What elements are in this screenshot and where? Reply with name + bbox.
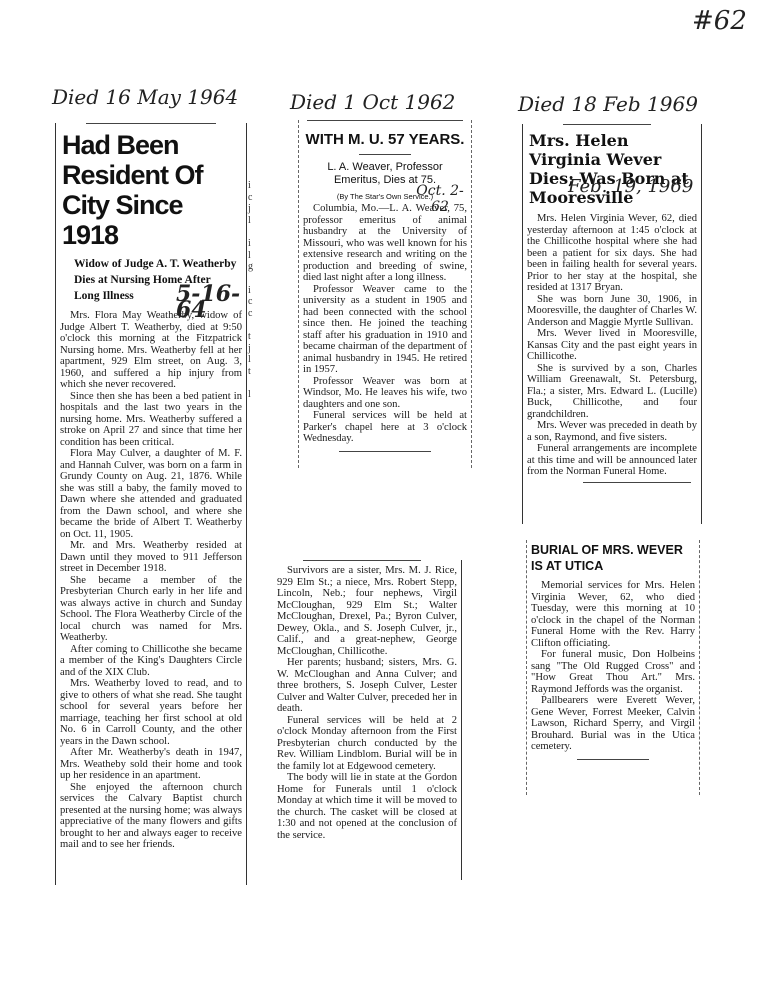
article-body: Memorial services for Mrs. Helen Virgini… bbox=[527, 578, 699, 753]
headline-rule bbox=[359, 154, 411, 155]
top-rule bbox=[303, 560, 421, 561]
paragraph: She is survived by a son, Charles Willia… bbox=[527, 363, 697, 421]
headline: WITH M. U. 57 YEARS. bbox=[299, 127, 471, 150]
fragment: i bbox=[248, 285, 258, 297]
article-body: Mrs. Flora May Weatherby, widow of Judge… bbox=[56, 306, 246, 851]
headline: Had Been Resident Of City Since 1918 bbox=[56, 128, 246, 250]
fragment: i bbox=[248, 238, 258, 250]
fragment: l bbox=[248, 389, 258, 401]
paragraph: She was born June 30, 1906, in Mooresvil… bbox=[527, 294, 697, 329]
paragraph: Flora May Culver, a daughter of M. F. an… bbox=[60, 448, 242, 540]
fragment: j bbox=[248, 203, 258, 215]
clipping-wever-burial: BURIAL OF MRS. WEVER IS AT UTICA Memoria… bbox=[526, 540, 700, 795]
handwritten-date-3: Died 18 Feb 1969 bbox=[518, 92, 698, 116]
paragraph: Mr. and Mrs. Weatherby resided at Dawn u… bbox=[60, 540, 242, 575]
paragraph: After Mr. Weatherby's death in 1947, Mrs… bbox=[60, 747, 242, 782]
paragraph: Memorial services for Mrs. Helen Virgini… bbox=[531, 580, 695, 649]
paragraph: Mrs. Wever lived in Mooresville, Kansas … bbox=[527, 328, 697, 363]
end-rule bbox=[577, 759, 649, 760]
paragraph: Her parents; husband; sisters, Mrs. G. W… bbox=[277, 657, 457, 715]
followup-headline: BURIAL OF MRS. WEVER IS AT UTICA bbox=[527, 540, 699, 578]
end-rule bbox=[339, 451, 431, 452]
paragraph: After coming to Chillicothe she became a… bbox=[60, 644, 242, 679]
handwritten-date-1: Died 16 May 1964 bbox=[52, 85, 238, 109]
paragraph: Mrs. Helen Virginia Wever, 62, died yest… bbox=[527, 213, 697, 294]
edge-fragments: i c j l i l g i c c t j l t l bbox=[248, 180, 258, 401]
headline: Mrs. Helen Virginia Wever Dies; Was Born… bbox=[523, 129, 701, 209]
clipping-weatherby-continuation: Survivors are a sister, Mrs. M. J. Rice,… bbox=[273, 560, 462, 880]
paragraph: She enjoyed the afternoon church service… bbox=[60, 782, 242, 851]
clipping-weatherby: Had Been Resident Of City Since 1918 Wid… bbox=[55, 123, 247, 885]
article-body: Mrs. Helen Virginia Wever, 62, died yest… bbox=[523, 209, 701, 478]
fragment: l bbox=[248, 215, 258, 227]
byline: (By The Star's Own Service.) Oct. 2-62 bbox=[299, 189, 471, 201]
handwritten-margin-date-3: Feb. 19, 1969 bbox=[568, 177, 693, 196]
paragraph: Professor Weaver came to the university … bbox=[303, 284, 467, 376]
subheadline: Widow of Judge A. T. Weatherby Dies at N… bbox=[56, 250, 246, 306]
handwritten-date-2: Died 1 Oct 1962 bbox=[290, 90, 455, 114]
paragraph: Mrs. Flora May Weatherby, widow of Judge… bbox=[60, 310, 242, 391]
fragment: c bbox=[248, 192, 258, 204]
page-number-note: #62 bbox=[692, 6, 747, 36]
fragment: t bbox=[248, 366, 258, 378]
fragment: g bbox=[248, 261, 258, 273]
handwritten-margin-date-2: Oct. 2-62 bbox=[409, 183, 471, 215]
paragraph: Pallbearers were Everett Wever, Gene Wev… bbox=[531, 695, 695, 753]
fragment: l bbox=[248, 354, 258, 366]
handwritten-margin-date-1: 5-16-64 bbox=[176, 286, 246, 318]
paragraph: Survivors are a sister, Mrs. M. J. Rice,… bbox=[277, 565, 457, 657]
paragraph: She became a member of the Presbyterian … bbox=[60, 575, 242, 644]
top-rule bbox=[307, 120, 463, 121]
paragraph: Columbia, Mo.—L. A. Weaver, 75, professo… bbox=[303, 203, 467, 284]
top-rule bbox=[563, 124, 651, 125]
fragment: l bbox=[248, 250, 258, 262]
paragraph: Funeral services will be held at Parker'… bbox=[303, 410, 467, 445]
paragraph: Mrs. Wever was preceded in death by a so… bbox=[527, 420, 697, 443]
clipping-weaver: WITH M. U. 57 YEARS. L. A. Weaver, Profe… bbox=[298, 120, 472, 468]
article-body: Survivors are a sister, Mrs. M. J. Rice,… bbox=[273, 563, 461, 841]
paragraph: For funeral music, Don Holbeins sang "Th… bbox=[531, 649, 695, 695]
paragraph: Since then she has been a bed patient in… bbox=[60, 391, 242, 449]
article-body: Columbia, Mo.—L. A. Weaver, 75, professo… bbox=[299, 201, 471, 445]
clipping-wever: Mrs. Helen Virginia Wever Dies; Was Born… bbox=[522, 124, 702, 524]
fragment: j bbox=[248, 343, 258, 355]
top-rule bbox=[86, 123, 216, 124]
fragment: t bbox=[248, 331, 258, 343]
paragraph: Professor Weaver was born at Windsor, Mo… bbox=[303, 376, 467, 411]
paragraph: Funeral arrangements are incomplete at t… bbox=[527, 443, 697, 478]
fragment: c bbox=[248, 296, 258, 308]
fragment: c bbox=[248, 308, 258, 320]
paragraph: Mrs. Weatherby loved to read, and to giv… bbox=[60, 678, 242, 747]
end-rule bbox=[583, 482, 691, 483]
fragment: i bbox=[248, 180, 258, 192]
paragraph: The body will lie in state at the Gordon… bbox=[277, 772, 457, 841]
paragraph: Funeral services will be held at 2 o'clo… bbox=[277, 715, 457, 773]
